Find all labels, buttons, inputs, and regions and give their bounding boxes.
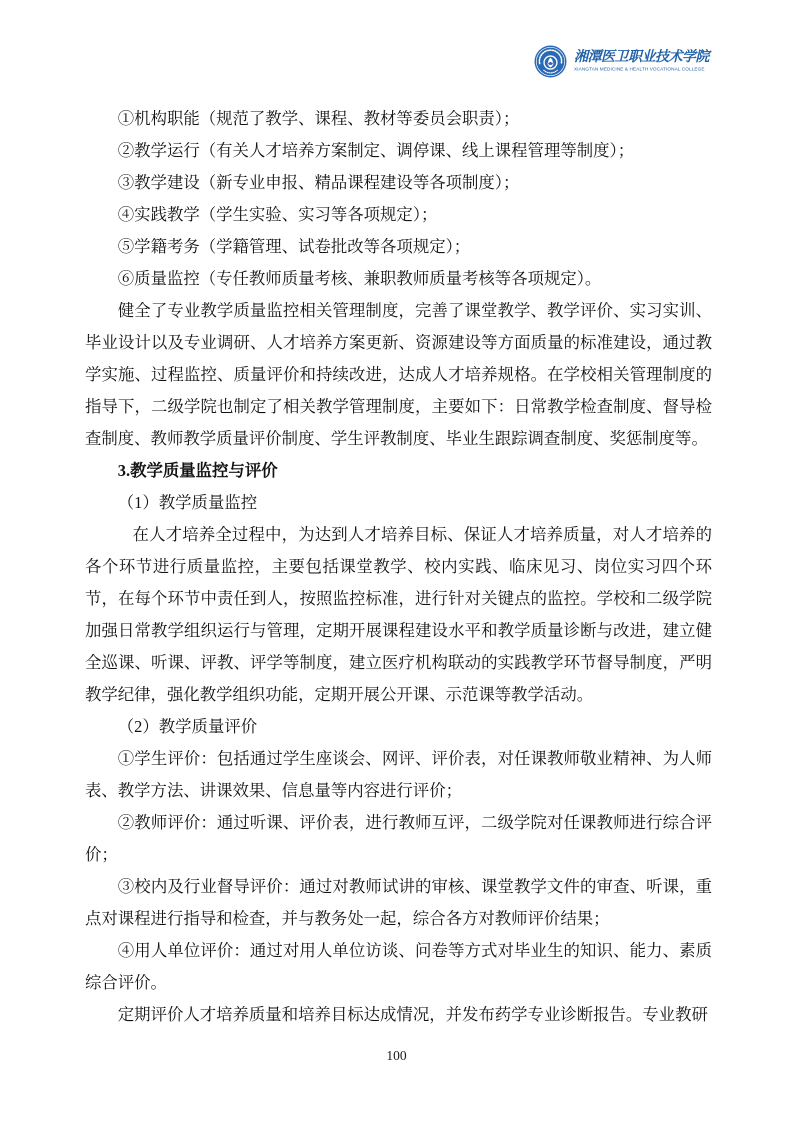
- evaluation-item-3: ③校内及行业督导评价：通过对教师试讲的审核、课堂教学文件的审查、听课，重点对课程…: [85, 871, 712, 935]
- section-heading: 3.教学质量监控与评价: [85, 455, 712, 487]
- college-logo-text: 湘潭医卫职业技术学院 XIANGTAN MEDICINE & HEALTH VO…: [574, 45, 793, 76]
- college-logo: 湘潭医卫职业技术学院 XIANGTAN MEDICINE & HEALTH VO…: [534, 45, 793, 78]
- college-name-zh: 湘潭医卫职业技术学院: [574, 50, 793, 66]
- paragraph-closing: 定期评价人才培养质量和培养目标达成情况，并发布药学专业诊断报告。专业教研: [85, 999, 712, 1031]
- page-number: 100: [0, 1048, 793, 1064]
- college-emblem-icon: [534, 45, 567, 78]
- evaluation-item-2: ②教师评价：通过听课、评价表，进行教师互评，二级学院对任课教师进行综合评价；: [85, 807, 712, 871]
- college-name-en: XIANGTAN MEDICINE & HEALTH VOCATIONAL CO…: [574, 67, 705, 72]
- numbered-item-5: ⑤学籍考务（学籍管理、试卷批改等各项规定）；: [85, 231, 712, 263]
- numbered-item-6: ⑥质量监控（专任教师质量考核、兼职教师质量考核等各项规定）。: [85, 263, 712, 295]
- numbered-item-3: ③教学建设（新专业申报、精品课程建设等各项制度）；: [85, 167, 712, 199]
- numbered-item-1: ①机构职能（规范了教学、课程、教材等委员会职责）；: [85, 103, 712, 135]
- sub-heading-monitoring: （1）教学质量监控: [85, 487, 712, 519]
- document-body: ①机构职能（规范了教学、课程、教材等委员会职责）； ②教学运行（有关人才培养方案…: [85, 103, 712, 1031]
- numbered-item-4: ④实践教学（学生实验、实习等各项规定）；: [85, 199, 712, 231]
- sub-heading-evaluation: （2）教学质量评价: [85, 711, 712, 743]
- evaluation-item-4: ④用人单位评价：通过对用人单位访谈、问卷等方式对毕业生的知识、能力、素质综合评价…: [85, 935, 712, 999]
- paragraph-monitoring: 在人才培养全过程中，为达到人才培养目标、保证人才培养质量，对人才培养的各个环节进…: [85, 519, 712, 711]
- paragraph-quality-system: 健全了专业教学质量监控相关管理制度，完善了课堂教学、教学评价、实习实训、毕业设计…: [85, 295, 712, 455]
- document-page: 湘潭医卫职业技术学院 XIANGTAN MEDICINE & HEALTH VO…: [0, 0, 793, 1122]
- evaluation-item-1: ①学生评价：包括通过学生座谈会、网评、评价表，对任课教师敬业精神、为人师表、教学…: [85, 743, 712, 807]
- numbered-item-2: ②教学运行（有关人才培养方案制定、调停课、线上课程管理等制度）；: [85, 135, 712, 167]
